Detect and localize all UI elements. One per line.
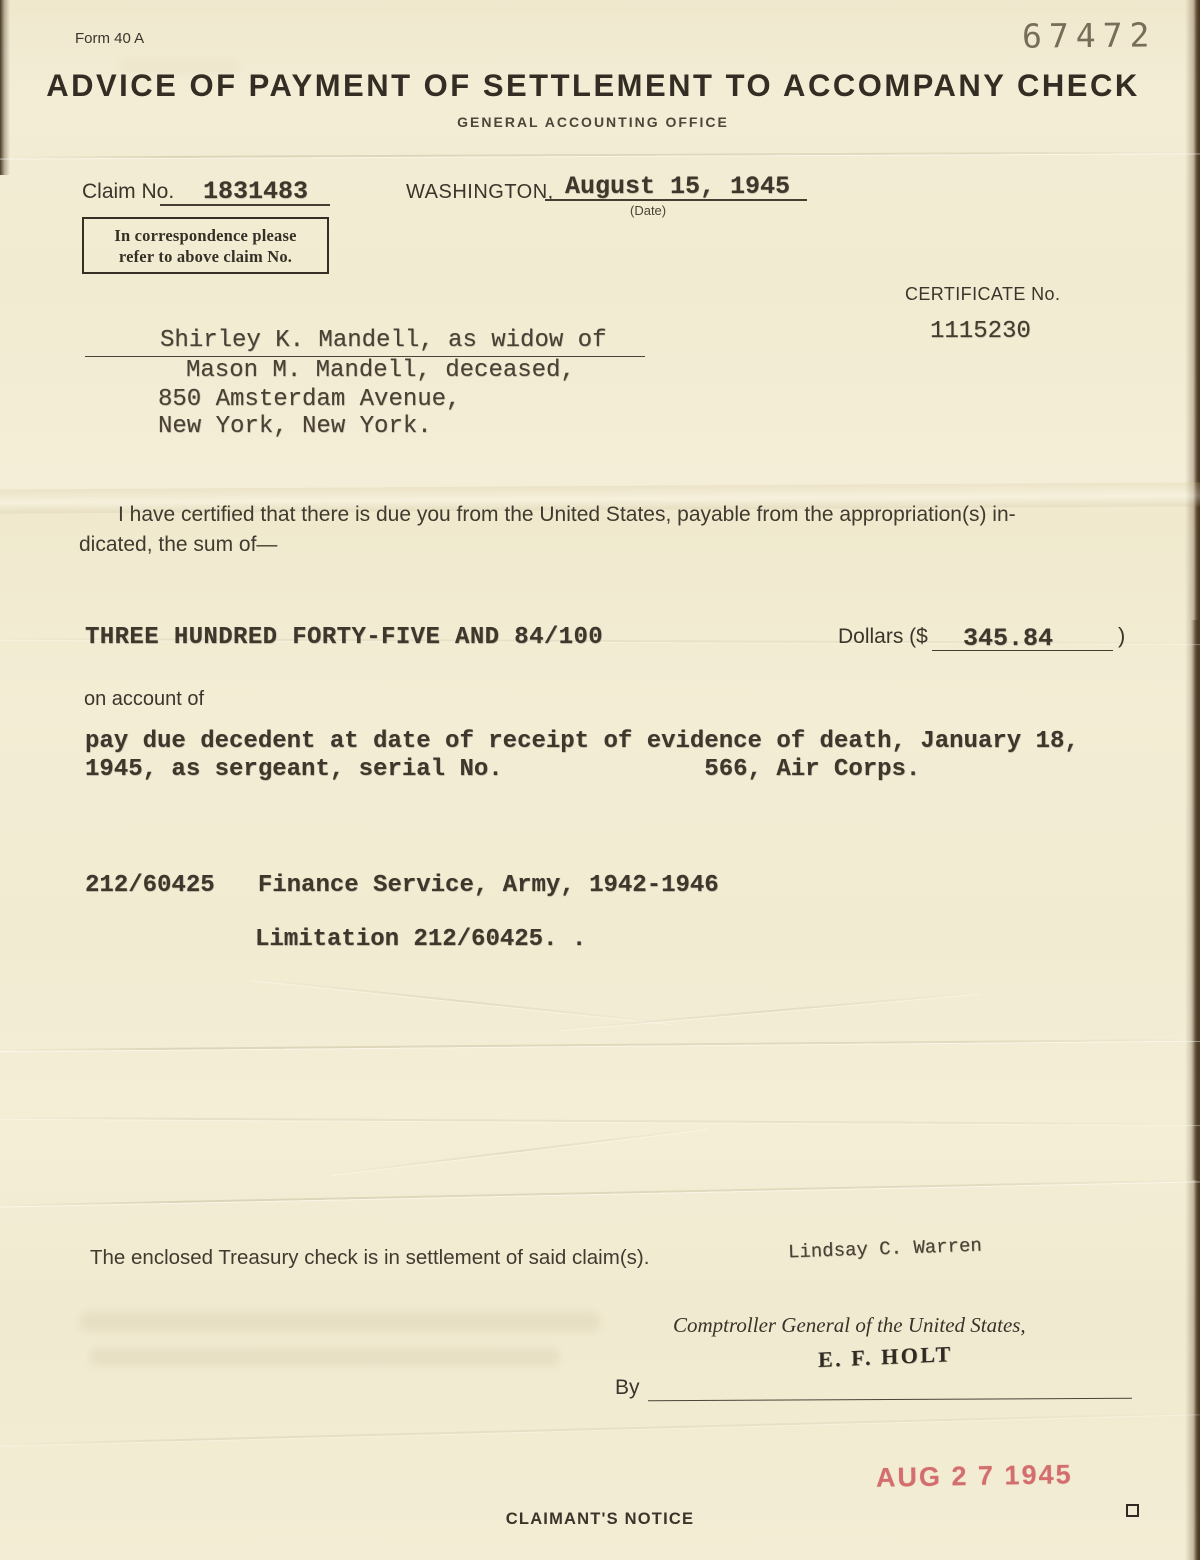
- crease-diagonal: [561, 992, 980, 1031]
- certificate-label: CERTIFICATE No.: [905, 284, 1060, 305]
- amount-value: 345.84: [963, 624, 1053, 653]
- dollars-close-paren: ): [1118, 623, 1125, 649]
- certification-line2: dicated, the sum of—: [79, 533, 277, 557]
- payee-name: Shirley K. Mandell, as widow of: [160, 327, 606, 354]
- by-label: By: [615, 1376, 640, 1400]
- payee-line2: Mason M. Mandell, deceased,: [186, 357, 575, 384]
- date-rule: [545, 199, 807, 201]
- claim-number-value: 1831483: [203, 177, 308, 206]
- amount-rule: [932, 650, 1113, 651]
- claim-number-rule: [160, 204, 330, 206]
- scan-edge-right-dark: [1191, 620, 1200, 1180]
- certificate-number: 1115230: [930, 318, 1031, 345]
- crease-line: [0, 151, 1200, 158]
- dollars-label: Dollars ($: [838, 625, 928, 649]
- ink-bleedthrough: [80, 1312, 600, 1332]
- payee-address: 850 Amsterdam Avenue,: [158, 386, 460, 413]
- date-value: August 15, 1945: [565, 172, 790, 201]
- settlement-statement: The enclosed Treasury check is in settle…: [90, 1246, 649, 1270]
- crease-line: [0, 1412, 1200, 1445]
- date-caption: (Date): [630, 203, 666, 218]
- account-detail-line2: 1945, as sergeant, serial No. 566, Air C…: [85, 756, 920, 783]
- appropriation-line: 212/60425 Finance Service, Army, 1942-19…: [85, 872, 719, 899]
- limitation-line: Limitation 212/60425. .: [255, 926, 586, 953]
- correspondence-notice-line1: In correspondence please: [114, 225, 296, 246]
- crease-diagonal: [331, 1127, 708, 1175]
- claimants-notice-heading: CLAIMANT'S NOTICE: [0, 1510, 1200, 1529]
- place-label: WASHINGTON,: [406, 181, 554, 204]
- document-title: ADVICE OF PAYMENT OF SETTLEMENT TO ACCOM…: [0, 68, 1186, 105]
- ink-bleedthrough: [90, 1348, 560, 1366]
- received-date-stamp: AUG 2 7 1945: [876, 1459, 1073, 1493]
- certification-line1: I have certified that there is due you f…: [118, 503, 1016, 527]
- signer-title: Comptroller General of the United States…: [673, 1313, 1026, 1338]
- issuing-office: GENERAL ACCOUNTING OFFICE: [0, 114, 1186, 130]
- crease-line: [0, 1039, 1200, 1051]
- amount-in-words: THREE HUNDRED FORTY-FIVE AND 84/100: [85, 624, 603, 651]
- on-account-label: on account of: [84, 688, 204, 711]
- signer-name: Lindsay C. Warren: [788, 1235, 982, 1264]
- payee-city: New York, New York.: [158, 413, 432, 440]
- account-detail-line1: pay due decedent at date of receipt of e…: [85, 728, 1079, 755]
- crease-diagonal: [251, 978, 669, 1024]
- crease-line: [0, 1117, 1200, 1125]
- correspondence-notice-line2: refer to above claim No.: [119, 246, 292, 267]
- claim-number-label: Claim No.: [82, 180, 174, 204]
- scan-edge-bottom-left: [0, 1395, 5, 1560]
- serial-number-stamp: 67472: [1022, 15, 1157, 55]
- document-page: Form 40 A 67472 ADVICE OF PAYMENT OF SET…: [0, 0, 1200, 1560]
- correspondence-notice-box: In correspondence please refer to above …: [82, 217, 329, 274]
- form-number: Form 40 A: [75, 30, 144, 47]
- crease-line: [0, 1179, 1200, 1206]
- by-signature-rule: [648, 1398, 1132, 1402]
- holt-name-stamp: E. F. HOLT: [818, 1341, 953, 1373]
